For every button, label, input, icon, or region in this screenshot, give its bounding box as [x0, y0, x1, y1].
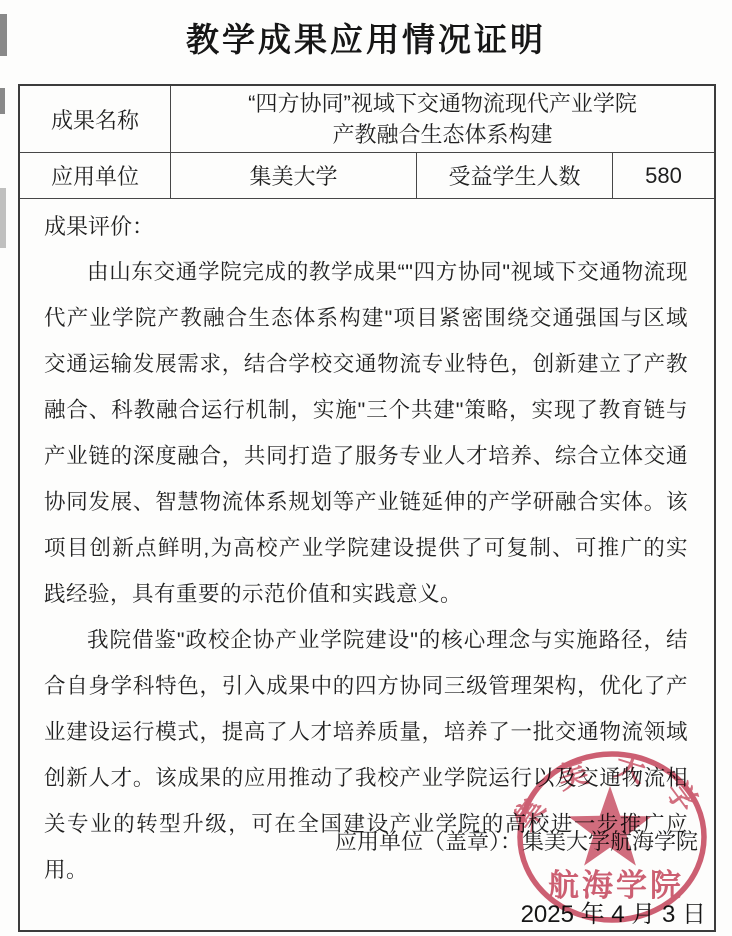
result-name-value: “四方协同”视域下交通物流现代产业学院 产教融合生态体系构建 [170, 86, 714, 152]
evaluation-cell: 成果评价： 由山东交通学院完成的教学成果“"四方协同"视域下交通物流现代产业学院… [20, 199, 714, 930]
applying-unit-label: 应用单位 [20, 153, 170, 198]
page-title: 教学成果应用情况证明 [0, 14, 732, 61]
applying-unit-value: 集美大学 [170, 153, 416, 198]
date-line: 2025 年 4 月 3 日 [521, 899, 706, 931]
result-table: 成果名称 “四方协同”视域下交通物流现代产业学院 产教融合生态体系构建 应用单位… [18, 84, 716, 932]
signature-line: 应用单位（盖章）：集美大学航海学院 [335, 827, 698, 857]
result-name-line2: 产教融合生态体系构建 [332, 119, 552, 150]
result-name-line1: “四方协同”视域下交通物流现代产业学院 [248, 88, 637, 119]
result-name-label: 成果名称 [20, 86, 170, 152]
scan-artifact [0, 88, 5, 114]
table-row-applying-unit: 应用单位 集美大学 受益学生人数 580 [20, 152, 714, 198]
evaluation-heading: 成果评价： [44, 205, 688, 249]
students-benefited-value: 580 [612, 153, 714, 198]
scan-artifact [0, 188, 6, 248]
students-benefited-label: 受益学生人数 [416, 153, 612, 198]
evaluation-paragraph: 由山东交通学院完成的教学成果“"四方协同"视域下交通物流现代产业学院产教融合生态… [44, 249, 688, 617]
table-row-evaluation: 成果评价： 由山东交通学院完成的教学成果“"四方协同"视域下交通物流现代产业学院… [20, 198, 714, 930]
table-row-result-name: 成果名称 “四方协同”视域下交通物流现代产业学院 产教融合生态体系构建 [20, 86, 714, 152]
certificate-page: 教学成果应用情况证明 成果名称 “四方协同”视域下交通物流现代产业学院 产教融合… [0, 0, 732, 936]
